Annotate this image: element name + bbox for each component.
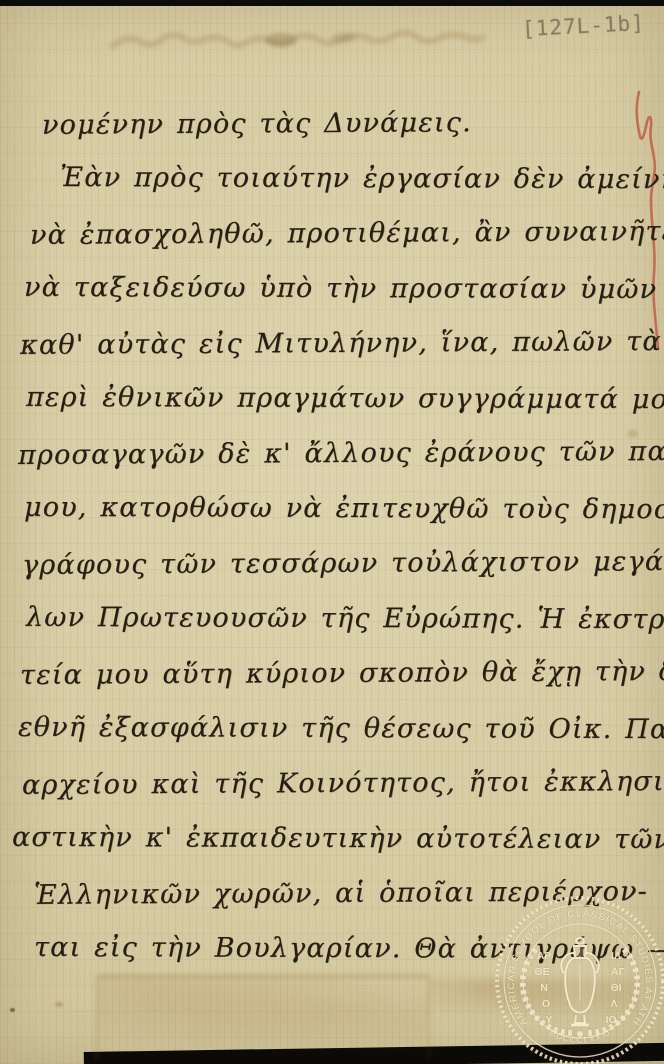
handwriting-line: αρχείου καὶ τῆς Κοινότητος, ἤτοι ἐκκλησι… bbox=[12, 754, 660, 813]
seal-amphora-icon bbox=[561, 938, 599, 1025]
seal-inner-letter: ΙΟ bbox=[605, 1014, 616, 1026]
scan-edge-top bbox=[0, 0, 664, 6]
embossed-seal: AMERICAN SCHOOL OF CLASSICAL STUDIES AT … bbox=[492, 893, 664, 1064]
seal-inner-letter: Ο bbox=[542, 998, 550, 1010]
handwriting-line: λων Πρωτευουσῶν τῆς Εὐρώπης. Ἡ ἐκστρα- bbox=[12, 590, 660, 647]
paper-stain-speck bbox=[628, 430, 638, 437]
handwriting-line: αστικὴν κ' ἐκπαιδευτικὴν αὐτοτέλειαν τῶν bbox=[12, 810, 660, 867]
handwriting-line: τεία μου αὕτη κύριον σκοπὸν θὰ ἔχῃ τὴν δ… bbox=[12, 644, 660, 703]
handwriting-line: καθ' αὐτὰς εἰς Μιτυλήνην, ἵνα, πωλῶν τὰ … bbox=[12, 314, 660, 373]
seal-inner-letter: Υ bbox=[545, 1014, 552, 1026]
handwriting-line: προσαγαγῶν δὲ κ' ἄλλους ἐράνους τῶν πατρ… bbox=[12, 424, 660, 483]
handwriting-line: περὶ ἐθνικῶν πραγμάτων συγγράμματά μου, bbox=[12, 370, 660, 427]
seal-inner-letter: ΘΕ bbox=[534, 966, 549, 978]
archive-note: [127L-1b] bbox=[521, 11, 645, 41]
ink-speck bbox=[10, 1008, 15, 1012]
handwriting-line: νομένην πρὸς τὰς Δυνάμεις. bbox=[12, 94, 660, 153]
handwriting-line: γράφους τῶν τεσσάρων τοὐλάχιστον μεγά- bbox=[12, 534, 660, 593]
seal-inner-letter: ΘΙ bbox=[610, 982, 621, 994]
handwriting-line: εθνῆ ἐξασφάλισιν τῆς θέσεως τοῦ Οἰκ. Πατ… bbox=[12, 700, 660, 757]
handwriting-line: μου, κατορθώσω νὰ ἐπιτευχθῶ τοὺς δημοσιο… bbox=[12, 480, 660, 537]
bleed-through-stain bbox=[96, 975, 430, 1060]
scanned-letter-page: { "palette": { "paper": "#d7cca4", "ink"… bbox=[0, 0, 664, 1064]
handwriting-line: νὰ ταξειδεύσω ὑπὸ τὴν προστασίαν ὑμῶν bbox=[12, 260, 660, 317]
paper-stain-speck bbox=[55, 1002, 63, 1007]
bleed-through-writing bbox=[105, 16, 485, 68]
manuscript-text: νομένην πρὸς τὰς Δυνάμεις. Ἐὰν πρὸς τοια… bbox=[12, 96, 660, 976]
seal-inner-letter: ΑΓ bbox=[611, 966, 626, 978]
handwriting-line: Ἐὰν πρὸς τοιαύτην ἐργασίαν δὲν ἀμείνηκ bbox=[12, 150, 660, 207]
handwriting-line: νὰ ἐπασχοληθῶ, προτιθέμαι, ἂν συναινῆτε, bbox=[12, 204, 660, 263]
seal-inner-letter: ΑΡ bbox=[537, 950, 552, 962]
seal-inner-letter: ΙΛ bbox=[611, 950, 621, 962]
seal-inner-letter: Ν bbox=[540, 982, 548, 994]
seal-inner-letter: Λ bbox=[610, 998, 617, 1010]
